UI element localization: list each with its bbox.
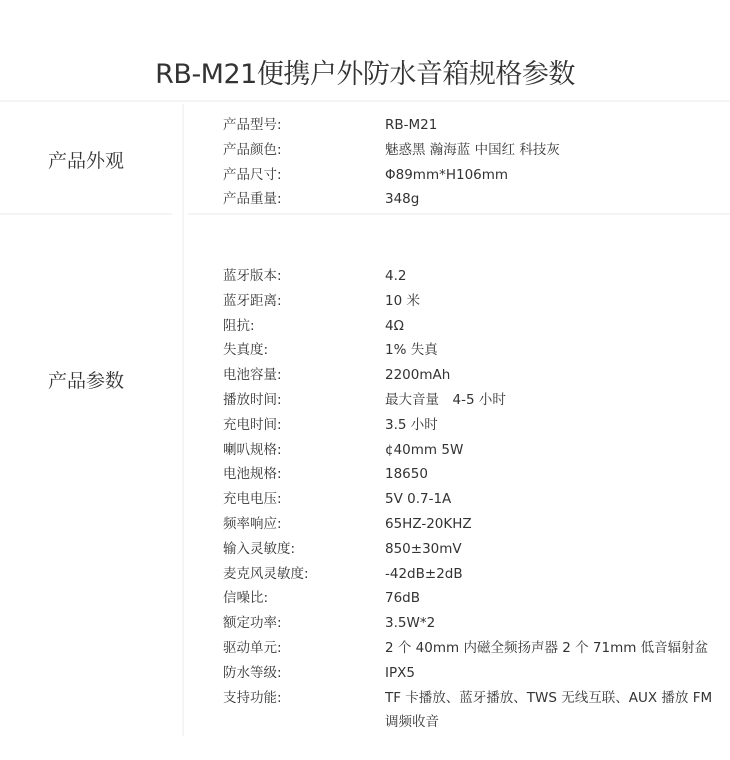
- spec-key: 产品尺寸:: [223, 163, 385, 188]
- spec-row: 蓝牙距离:10 米: [223, 289, 725, 314]
- spec-row: 防水等级: IPX5: [223, 661, 725, 686]
- spec-value: Φ89mm*H106mm: [385, 163, 508, 188]
- vertical-divider: [182, 104, 184, 736]
- spec-value: ¢40mm 5W: [385, 438, 463, 463]
- spec-key: 阻抗:: [223, 314, 385, 339]
- spec-value: 850±30mV: [385, 537, 462, 562]
- spec-row-color: 产品颜色: 魅惑黑 瀚海蓝 中国红 科技灰: [223, 138, 560, 163]
- spec-row: 播放时间:最大音量 4-5 小时: [223, 388, 725, 413]
- section-divider-left: [0, 213, 172, 215]
- section-label-appearance: 产品外观: [0, 146, 172, 173]
- spec-value: 2 个 40mm 内磁全频扬声器 2 个 71mm 低音辐射盆: [385, 636, 708, 661]
- spec-row: 驱动单元:2 个 40mm 内磁全频扬声器 2 个 71mm 低音辐射盆: [223, 636, 725, 661]
- spec-row: 阻抗:4Ω: [223, 314, 725, 339]
- spec-key: 防水等级:: [223, 661, 385, 686]
- spec-row: 输入灵敏度: 850±30mV: [223, 537, 725, 562]
- page-title: RB-M21便携户外防水音箱规格参数: [0, 52, 730, 91]
- spec-key: 喇叭规格:: [223, 438, 385, 463]
- spec-key: 充电电压:: [223, 487, 385, 512]
- spec-key: 输入灵敏度:: [223, 537, 385, 562]
- spec-value: 3.5W*2: [385, 611, 435, 636]
- spec-key: 电池容量:: [223, 363, 385, 388]
- spec-value: TF 卡播放、蓝牙播放、TWS 无线互联、AUX 播放 FM 调频收音: [385, 686, 725, 736]
- spec-key: 蓝牙距离:: [223, 289, 385, 314]
- spec-key: 产品颜色:: [223, 138, 385, 163]
- spec-key: 支持功能:: [223, 686, 385, 736]
- spec-row-model: 产品型号: RB-M21: [223, 113, 560, 138]
- spec-value: 18650: [385, 462, 428, 487]
- spec-value: 1% 失真: [385, 338, 438, 363]
- spec-row: 频率响应:65HZ-20KHZ: [223, 512, 725, 537]
- spec-key: 驱动单元:: [223, 636, 385, 661]
- spec-row-weight: 产品重量: 348g: [223, 187, 560, 212]
- spec-row: 电池规格:18650: [223, 462, 725, 487]
- spec-key: 额定功率:: [223, 611, 385, 636]
- spec-value: RB-M21: [385, 113, 437, 138]
- spec-value: 10 米: [385, 289, 420, 314]
- spec-value: 3.5 小时: [385, 413, 438, 438]
- top-divider: [0, 100, 730, 102]
- spec-row: 麦克风灵敏度: -42dB±2dB: [223, 562, 725, 587]
- spec-key: 蓝牙版本:: [223, 264, 385, 289]
- spec-key: 麦克风灵敏度:: [223, 562, 385, 587]
- spec-row: 充电电压:5V 0.7-1A: [223, 487, 725, 512]
- spec-value: 4.2: [385, 264, 406, 289]
- spec-row: 蓝牙版本:4.2: [223, 264, 725, 289]
- spec-row: 喇叭规格: ¢40mm 5W: [223, 438, 725, 463]
- spec-key: 失真度:: [223, 338, 385, 363]
- spec-value: 76dB: [385, 586, 420, 611]
- spec-key: 产品型号:: [223, 113, 385, 138]
- appearance-spec-list: 产品型号: RB-M21 产品颜色: 魅惑黑 瀚海蓝 中国红 科技灰 产品尺寸:…: [223, 113, 560, 212]
- spec-row: 电池容量:2200mAh: [223, 363, 725, 388]
- spec-value: 魅惑黑 瀚海蓝 中国红 科技灰: [385, 138, 560, 163]
- section-label-parameters: 产品参数: [0, 366, 172, 393]
- spec-row: 信噪比:76dB: [223, 586, 725, 611]
- spec-key: 充电时间:: [223, 413, 385, 438]
- spec-row: 充电时间:3.5 小时: [223, 413, 725, 438]
- spec-row-size: 产品尺寸: Φ89mm*H106mm: [223, 163, 560, 188]
- spec-row: 失真度:1% 失真: [223, 338, 725, 363]
- spec-value: 65HZ-20KHZ: [385, 512, 472, 537]
- spec-row: 支持功能:TF 卡播放、蓝牙播放、TWS 无线互联、AUX 播放 FM 调频收音: [223, 686, 725, 736]
- spec-value: 5V 0.7-1A: [385, 487, 451, 512]
- spec-key: 产品重量:: [223, 187, 385, 212]
- spec-value: -42dB±2dB: [385, 562, 463, 587]
- spec-value: IPX5: [385, 661, 415, 686]
- spec-value: 4Ω: [385, 314, 404, 339]
- parameters-spec-list: 蓝牙版本:4.2 蓝牙距离:10 米 阻抗:4Ω 失真度:1% 失真 电池容量:…: [223, 264, 725, 735]
- section-divider-right: [188, 213, 730, 215]
- spec-value: 2200mAh: [385, 363, 450, 388]
- spec-key: 频率响应:: [223, 512, 385, 537]
- spec-value: 348g: [385, 187, 419, 212]
- spec-key: 信噪比:: [223, 586, 385, 611]
- spec-value: 最大音量 4-5 小时: [385, 388, 506, 413]
- spec-row: 额定功率: 3.5W*2: [223, 611, 725, 636]
- spec-key: 电池规格:: [223, 462, 385, 487]
- spec-key: 播放时间:: [223, 388, 385, 413]
